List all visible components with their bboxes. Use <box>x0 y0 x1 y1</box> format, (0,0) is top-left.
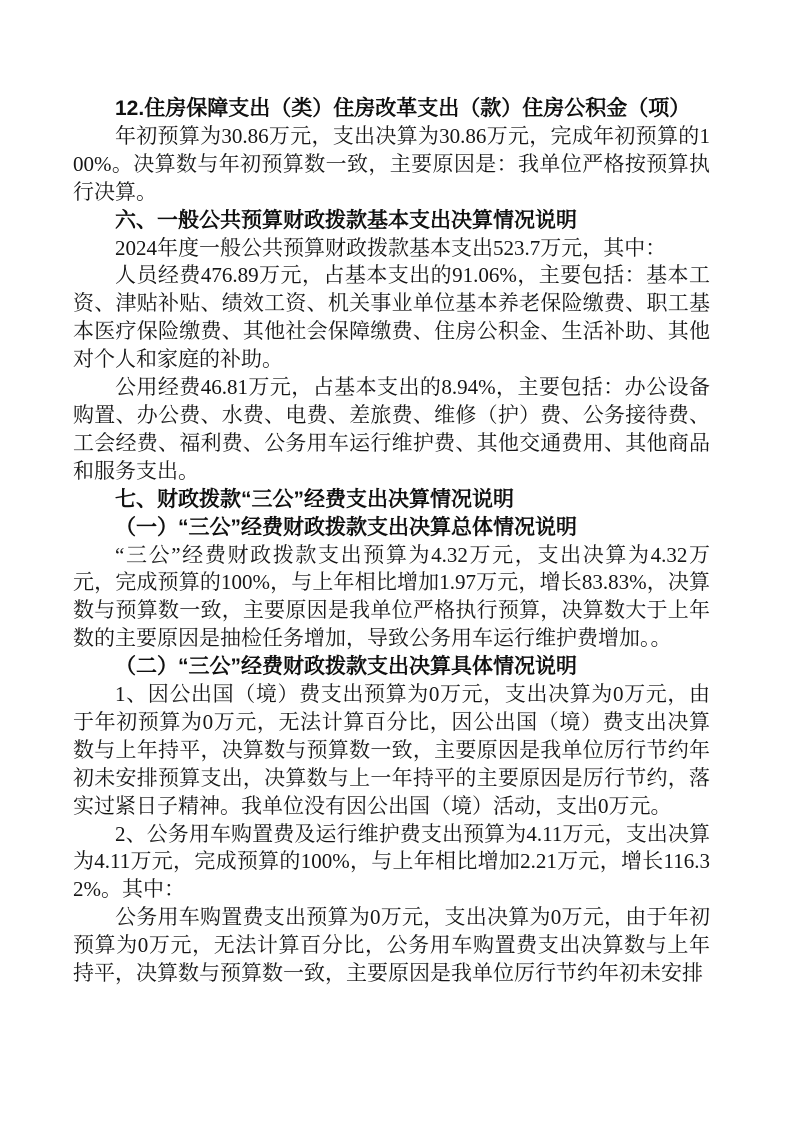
document-body: 12.住房保障支出（类）住房改革支出（款）住房公积金（项）年初预算为30.86万… <box>73 95 710 988</box>
section-heading: 六、一般公共预算财政拨款基本支出决算情况说明 <box>73 207 710 235</box>
body-paragraph: 公用经费46.81万元，占基本支出的8.94%，主要包括：办公设备购置、办公费、… <box>73 374 710 486</box>
body-paragraph: 年初预算为30.86万元，支出决算为30.86万元，完成年初预算的100%。决算… <box>73 123 710 207</box>
body-paragraph: 2024年度一般公共预算财政拨款基本支出523.7万元，其中： <box>73 235 710 263</box>
body-paragraph: 公务用车购置费支出预算为0万元，支出决算为0万元，由于年初预算为0万元，无法计算… <box>73 904 710 988</box>
document-page: 12.住房保障支出（类）住房改革支出（款）住房公积金（项）年初预算为30.86万… <box>0 0 793 1122</box>
section-heading: 七、财政拨款“三公”经费支出决算情况说明 <box>73 486 710 514</box>
section-heading: 12.住房保障支出（类）住房改革支出（款）住房公积金（项） <box>73 95 710 123</box>
section-heading: （一）“三公”经费财政拨款支出决算总体情况说明 <box>73 514 710 542</box>
body-paragraph: “三公”经费财政拨款支出预算为4.32万元，支出决算为4.32万元，完成预算的1… <box>73 542 710 654</box>
section-heading: （二）“三公”经费财政拨款支出决算具体情况说明 <box>73 653 710 681</box>
body-paragraph: 2、公务用车购置费及运行维护费支出预算为4.11万元，支出决算为4.11万元，完… <box>73 821 710 905</box>
body-paragraph: 人员经费476.89万元，占基本支出的91.06%，主要包括：基本工资、津贴补贴… <box>73 262 710 374</box>
body-paragraph: 1、因公出国（境）费支出预算为0万元，支出决算为0万元，由于年初预算为0万元，无… <box>73 681 710 821</box>
